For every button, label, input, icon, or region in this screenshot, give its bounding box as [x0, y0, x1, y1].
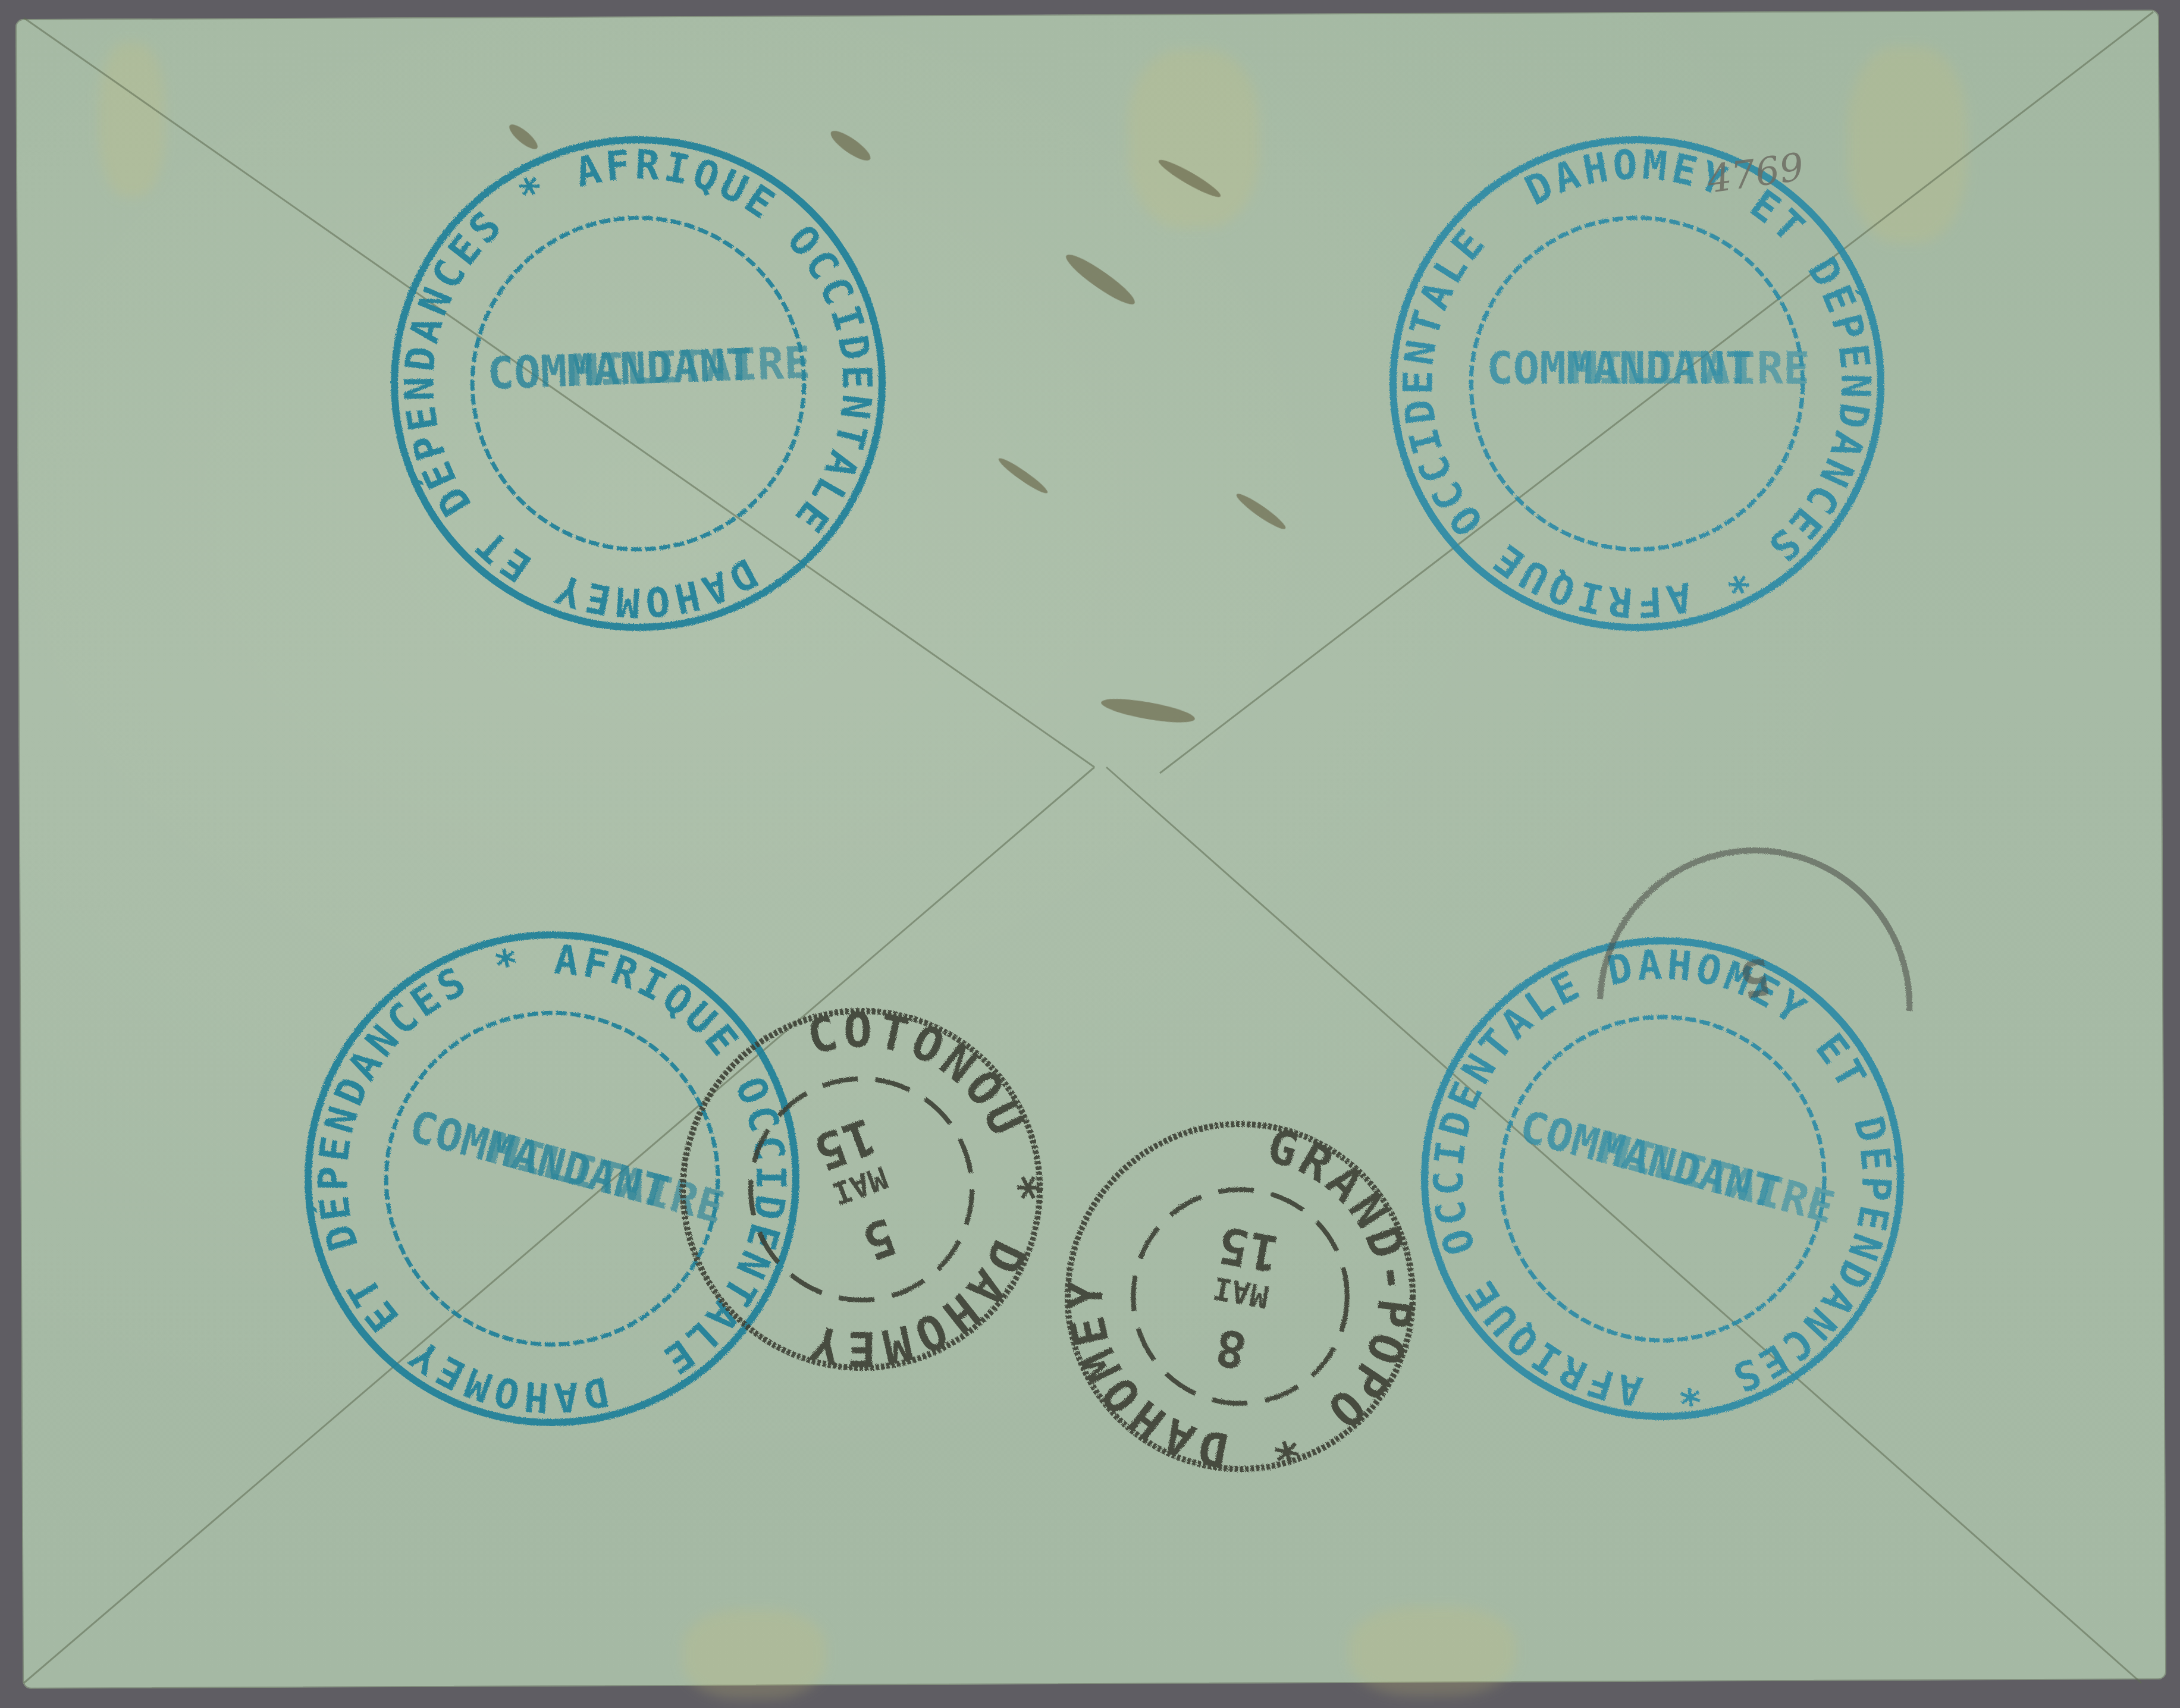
svg-text:MILITAIRE: MILITAIRE: [1596, 1123, 1840, 1234]
envelope-markings: DAHOMEY ET DÉPENDANCES * AFRIQUE OCCIDEN…: [0, 0, 2180, 1708]
cachet-bottom-left: DAHOMEY ET DÉPENDANCES * AFRIQUE OCCIDEN…: [308, 935, 796, 1423]
svg-text:8: 8: [1211, 1317, 1251, 1380]
svg-text:MILITAIRE: MILITAIRE: [1572, 343, 1810, 394]
cachet-top-left: DAHOMEY ET DÉPENDANCES * AFRIQUE OCCIDEN…: [394, 140, 882, 627]
svg-text:MILITAIRE: MILITAIRE: [571, 337, 811, 397]
cachet-bottom-right: DAHOMEY ET DÉPENDANCES * AFRIQUE OCCIDEN…: [1425, 941, 1900, 1417]
smudge-marks: [506, 121, 1289, 727]
svg-text:15: 15: [1214, 1215, 1284, 1283]
cachet-top-right: DAHOMEY ET DÉPENDANCES * AFRIQUE OCCIDEN…: [1393, 140, 1881, 627]
svg-text:5: 5: [855, 1207, 904, 1271]
postmark-grand-popo: GRAND-POPO * DAHOMEY8MAI15: [1058, 1117, 1423, 1479]
